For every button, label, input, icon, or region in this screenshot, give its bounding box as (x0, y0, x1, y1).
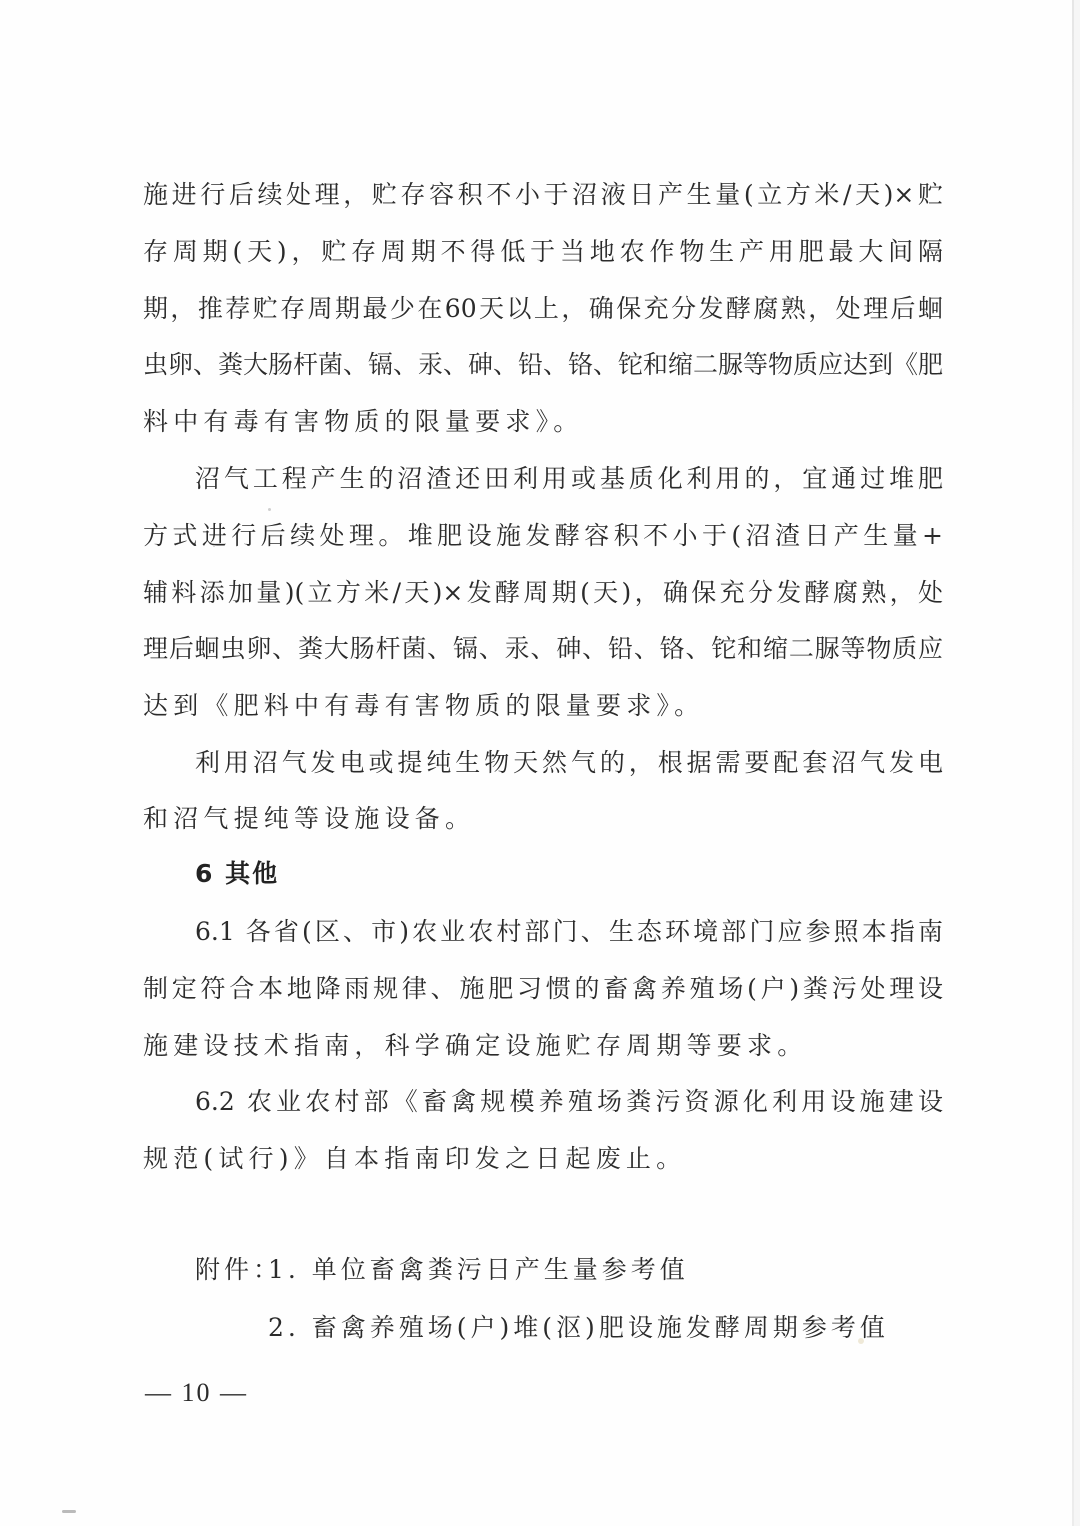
text-line: 6.2 农业农村部《畜禽规模养殖场粪污资源化利用设施建设 (195, 1085, 943, 1119)
text-line: 规范(试行)》自本指南印发之日起废止。 (143, 1142, 943, 1176)
document-page: 施进行后续处理，贮存容积不小于沼液日产生量(立方米/天)×贮 存周期(天)，贮存… (0, 0, 1080, 1526)
text-line: 利用沼气发电或提纯生物天然气的，根据需要配套沼气发电 (195, 746, 943, 780)
text-line: 施进行后续处理，贮存容积不小于沼液日产生量(立方米/天)×贮 (143, 178, 943, 212)
scan-speck (62, 1510, 76, 1513)
scan-speck (268, 508, 271, 511)
page-edge-line (1072, 0, 1074, 1526)
text-line: 6.1 各省(区、市)农业农村部门、生态环境部门应参照本指南 (195, 915, 943, 949)
text-line: 辅料添加量)(立方米/天)×发酵周期(天)，确保充分发酵腐熟，处 (143, 576, 943, 610)
attachment-item-2: 2. 畜禽养殖场(户)堆(沤)肥设施发酵周期参考值 (268, 1311, 889, 1345)
text-line: 沼气工程产生的沼渣还田利用或基质化利用的，宜通过堆肥 (195, 462, 943, 496)
scan-speck (213, 545, 215, 547)
attachment-item-1: 1. 单位畜禽粪污日产生量参考值 (268, 1253, 689, 1287)
scan-speck (858, 1338, 864, 1344)
page-number: — 10 — (145, 1376, 248, 1410)
text-line: 达到《肥料中有毒有害物质的限量要求》。 (143, 689, 943, 723)
text-line: 期，推荐贮存周期最少在60天以上，确保充分发酵腐熟，处理后蛔 (143, 292, 943, 326)
page-edge-shadow (1074, 0, 1080, 1526)
text-line: 存周期(天)，贮存周期不得低于当地农作物生产用肥最大间隔 (143, 235, 943, 269)
section-heading: 6 其他 (195, 857, 279, 891)
text-line: 制定符合本地降雨规律、施肥习惯的畜禽养殖场(户)粪污处理设 (143, 972, 943, 1006)
text-line: 虫卵、粪大肠杆菌、镉、汞、砷、铅、铬、铊和缩二脲等物质应达到《肥 (143, 348, 943, 382)
text-line: 和沼气提纯等设施设备。 (143, 802, 943, 836)
text-line: 方式进行后续处理。堆肥设施发酵容积不小于(沼渣日产生量+ (143, 519, 943, 553)
text-line: 理后蛔虫卵、粪大肠杆菌、镉、汞、砷、铅、铬、铊和缩二脲等物质应 (143, 632, 943, 666)
text-line: 施建设技术指南，科学确定设施贮存周期等要求。 (143, 1029, 943, 1063)
text-line: 料中有毒有害物质的限量要求》。 (143, 405, 943, 439)
